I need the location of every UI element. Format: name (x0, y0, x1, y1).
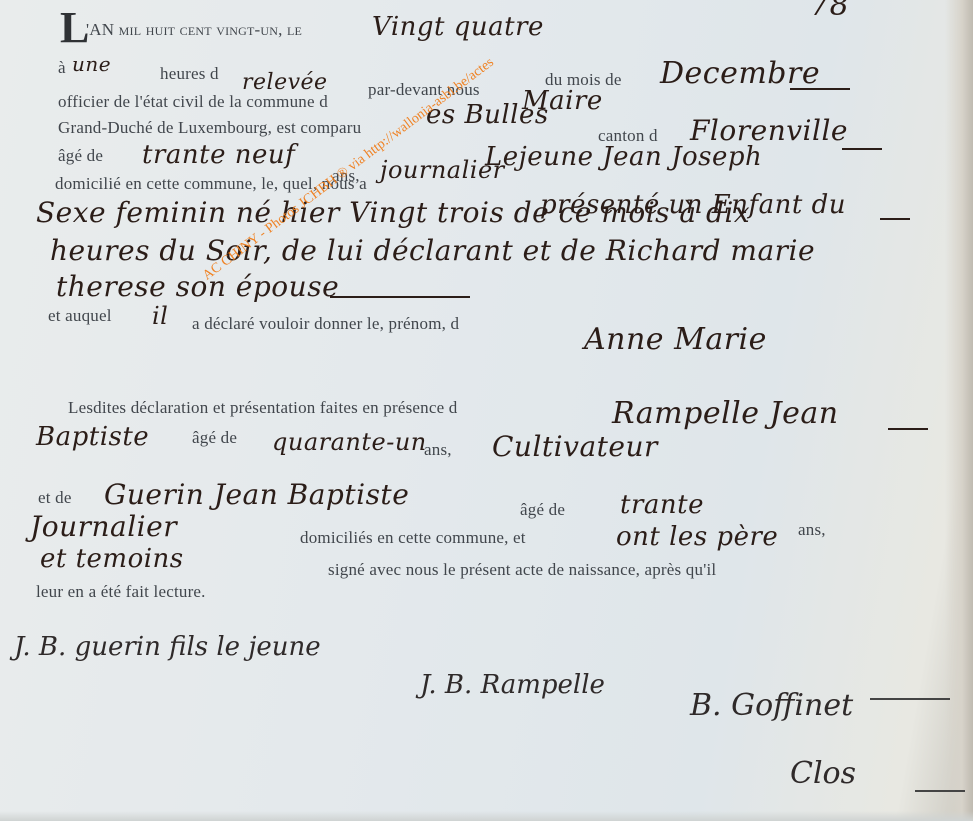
fill-line (790, 88, 850, 90)
hand-pronoun: il (152, 302, 168, 330)
printed-line15-a: signé avec nous le présent acte de naiss… (328, 560, 716, 580)
printed-line16-a: leur en a été fait lecture. (36, 582, 206, 602)
signature-clos: Clos (790, 756, 856, 791)
hand-child-name: Anne Marie (584, 322, 767, 357)
signature-flourish (915, 790, 965, 792)
printed-line2-a: à (58, 58, 66, 78)
fill-line (842, 148, 882, 150)
signature-goffinet: B. Goffinet (690, 688, 853, 723)
hand-mother-line: therese son épouse (56, 270, 339, 303)
signature-flourish (870, 698, 950, 700)
folio-number: 78 (810, 0, 849, 23)
fill-line (330, 296, 470, 298)
fill-line (888, 428, 928, 430)
printed-line10-b: a déclaré vouloir donner le, prénom, d (192, 314, 459, 334)
page-bottom-edge (0, 811, 973, 821)
hand-month: Decembre (660, 56, 820, 91)
printed-line11-a: Lesdites déclaration et présentation fai… (68, 398, 457, 418)
hand-witness2-occupation: Journalier (30, 510, 177, 543)
printed-line14-a: ans, (798, 520, 826, 540)
signature-guerin: J. B. guerin fils le jeune (14, 632, 321, 662)
hand-witness1-age: quarante-un (272, 428, 427, 456)
hand-witness1-occupation: Cultivateur (492, 430, 658, 463)
printed-line1-prefix: 'AN mil huit cent vingt-un, le (86, 20, 302, 40)
hand-witness1-name: Rampelle Jean (612, 396, 839, 431)
hand-birth-line: heures du Soir, de lui déclarant et de R… (50, 234, 815, 267)
hand-witness2-age: trante (620, 490, 704, 520)
printed-line4-a: Grand-Duché de Luxembourg, est comparu (58, 118, 361, 138)
printed-line3-a: officier de l'état civil de la commune d (58, 92, 328, 112)
hand-signed-clause: ont les père (616, 522, 778, 552)
hand-witness1-name-cont: Baptiste (36, 422, 149, 452)
printed-line13-a: et de (38, 488, 72, 508)
hand-sex-line: Sexe feminin né hier Vingt trois de ce m… (36, 196, 750, 229)
signature-rampelle: J. B. Rampelle (420, 670, 605, 700)
hand-declarant-age: trante neuf (142, 140, 295, 170)
hand-day: Vingt quatre (372, 12, 544, 42)
drop-cap: L (60, 2, 89, 53)
printed-line5-a: âgé de (58, 146, 103, 166)
printed-line10-a: et auquel (48, 306, 112, 326)
printed-line12-b: ans, (424, 440, 452, 460)
hand-witnesses-label: et temoins (40, 544, 184, 574)
fill-line (880, 218, 910, 220)
printed-line14-b: domiciliés en cette commune, et (300, 528, 526, 548)
hand-witness2-name: Guerin Jean Baptiste (104, 478, 409, 511)
printed-line2-b: heures d (160, 64, 219, 84)
printed-line12-a: âgé de (192, 428, 237, 448)
hand-hour: une (72, 52, 111, 76)
printed-line13-b: âgé de (520, 500, 565, 520)
hand-declarant-name: Lejeune Jean Joseph (485, 142, 762, 172)
